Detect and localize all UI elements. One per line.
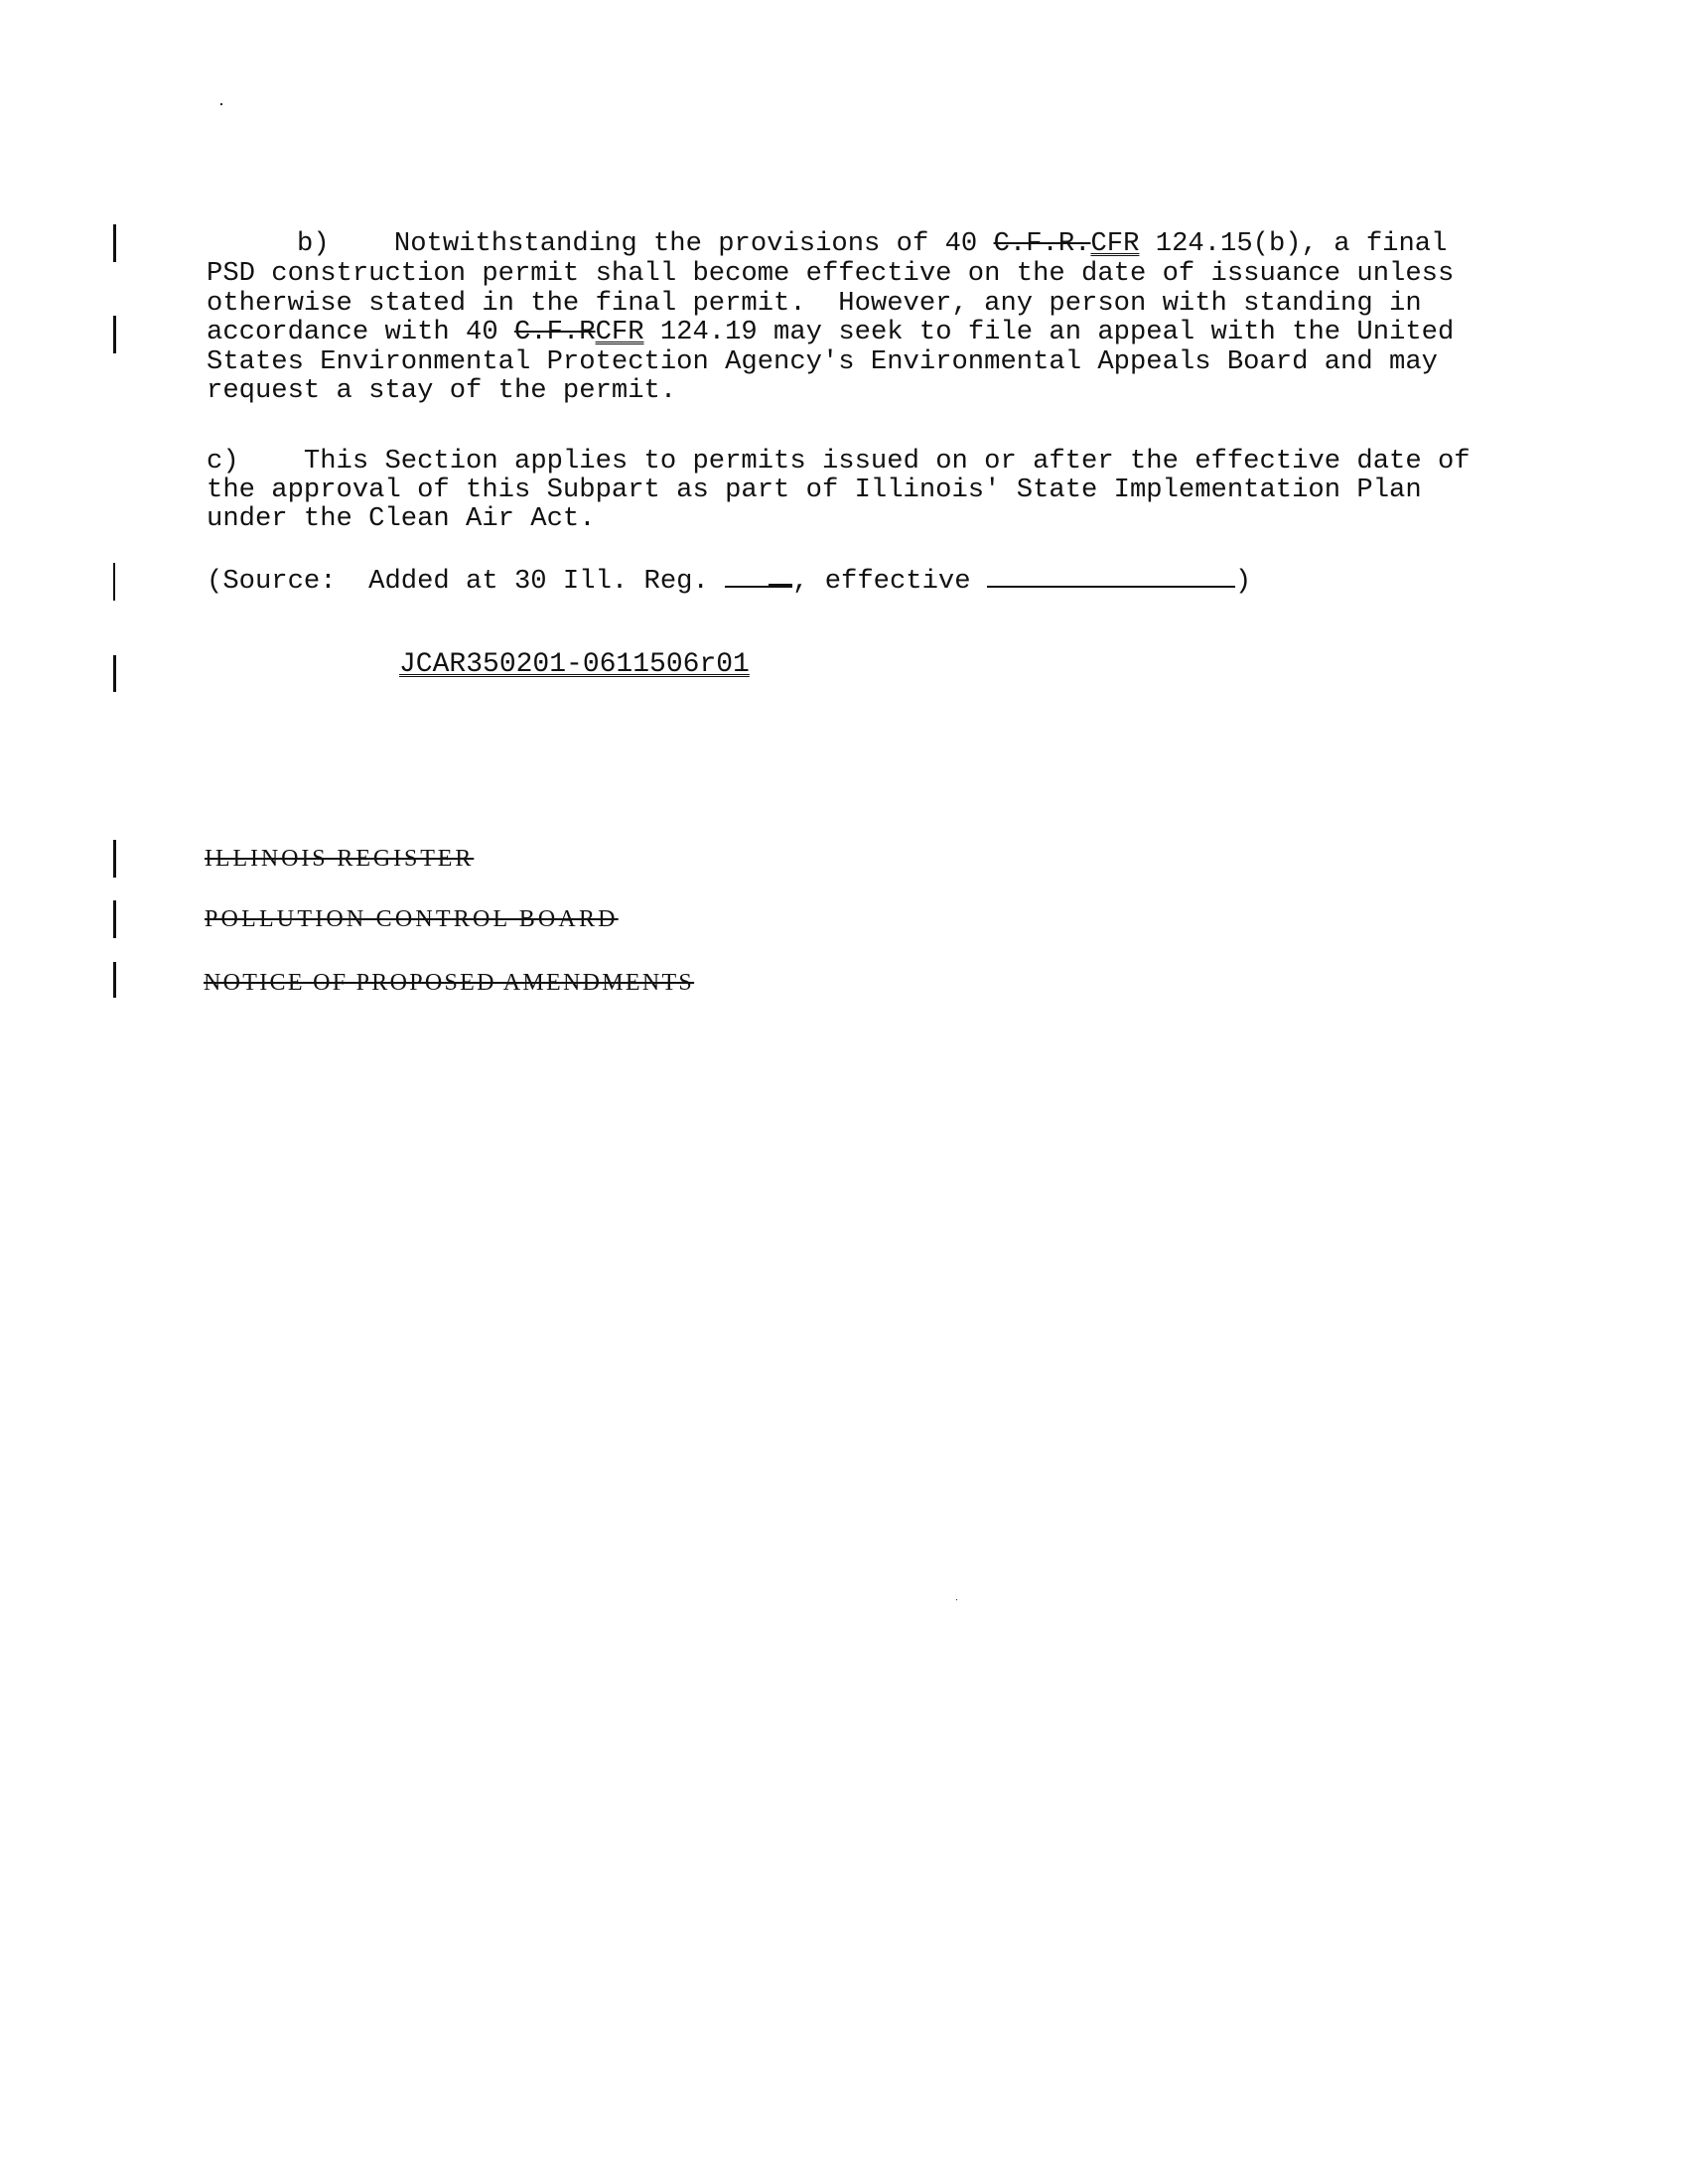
change-bar — [113, 655, 116, 692]
change-bar — [113, 900, 116, 938]
text-run: accordance with 40 — [207, 317, 514, 347]
document-page: b) Notwithstanding the provisions of 40 … — [0, 0, 1684, 2184]
paragraph-b-line-3: otherwise stated in the final permit. Ho… — [207, 289, 1422, 319]
deleted-header-illinois-register: ILLINOIS REGISTER — [205, 844, 474, 874]
document-id: JCAR350201-0611506r01 — [399, 650, 750, 680]
inserted-text: CFR — [1090, 228, 1139, 259]
paragraph-b-line-6: request a stay of the permit. — [207, 376, 676, 406]
change-bar — [113, 563, 115, 601]
change-bar — [113, 316, 116, 353]
paragraph-c-line-3: under the Clean Air Act. — [207, 504, 596, 534]
paragraph-b-line-2: PSD construction permit shall become eff… — [207, 259, 1454, 289]
paragraph-c-line-2: the approval of this Subpart as part of … — [207, 476, 1422, 505]
deleted-header-pollution-control-board: POLLUTION CONTROL BOARD — [205, 904, 619, 934]
text-run: (Source: Added at 30 Ill. Reg. — [207, 566, 725, 597]
scan-speck — [220, 103, 222, 105]
text-run: 124.19 may seek to file an appeal with t… — [644, 317, 1455, 347]
text-run: This Section applies to permits issued o… — [304, 446, 1471, 477]
register-page-blank-mark — [769, 561, 792, 588]
deleted-text: C.F.R. — [994, 228, 1091, 259]
source-note: (Source: Added at 30 Ill. Reg. , effecti… — [207, 561, 1251, 591]
text-run: Notwithstanding the provisions of 40 — [394, 228, 994, 259]
scan-speck — [956, 1599, 957, 1600]
effective-date-blank-mark — [1184, 566, 1235, 588]
text-run: 124.15(b), a final — [1139, 228, 1447, 259]
paragraph-b-line-1: b) Notwithstanding the provisions of 40 … — [297, 229, 1447, 259]
deleted-header-notice-of-proposed-amendments: NOTICE OF PROPOSED AMENDMENTS — [204, 968, 694, 998]
paragraph-label: c) — [207, 446, 239, 477]
text-run: , effective — [792, 566, 987, 597]
paragraph-label: b) — [297, 228, 330, 259]
deleted-text: C.F.R — [514, 317, 596, 347]
effective-date-blank — [987, 562, 1184, 588]
inserted-text: CFR — [596, 317, 644, 347]
change-bar — [113, 962, 116, 998]
change-bar — [113, 224, 116, 262]
paragraph-b-line-4: accordance with 40 C.F.RCFR 124.19 may s… — [207, 318, 1454, 347]
paragraph-b-line-5: States Environmental Protection Agency's… — [207, 347, 1438, 377]
paragraph-c-line-1: c) This Section applies to permits issue… — [207, 447, 1471, 477]
register-page-blank — [725, 562, 769, 588]
text-run: ) — [1235, 566, 1251, 597]
change-bar — [113, 840, 116, 878]
